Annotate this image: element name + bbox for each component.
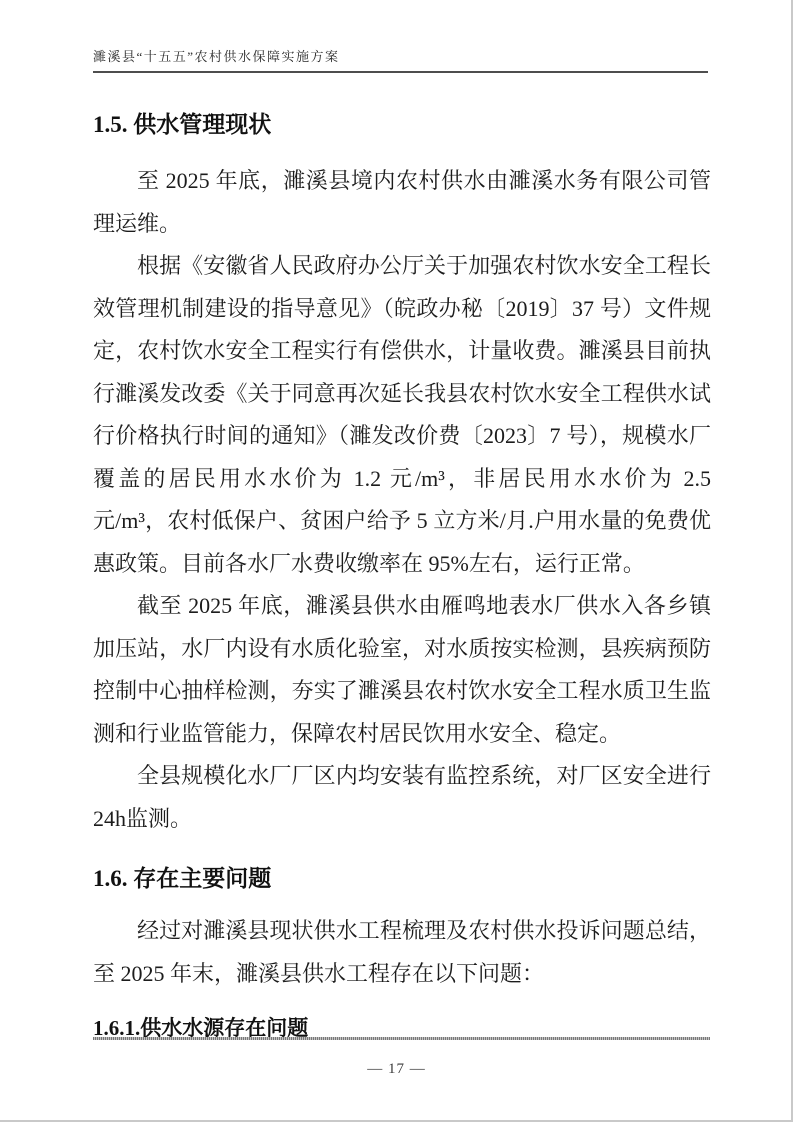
paragraph-problem-summary: 经过对濉溪县现状供水工程梳理及农村供水投诉问题总结，至 2025 年末，濉溪县供… [93,910,711,995]
document-page: 濉溪县“十五五”农村供水保障实施方案 1.5. 供水管理现状 至 2025 年底… [0,0,793,1122]
running-header-title: 濉溪县“十五五”农村供水保障实施方案 [93,46,708,71]
footer-rule [93,1037,710,1040]
running-header: 濉溪县“十五五”农村供水保障实施方案 [93,46,708,73]
paragraph-pricing-policy: 根据《安徽省人民政府办公厅关于加强农村饮水安全工程长效管理机制建设的指导意见》（… [93,245,711,585]
paragraph-management-operator: 至 2025 年底，濉溪县境内农村供水由濉溪水务有限公司管理运维。 [93,160,711,245]
document-content: 1.5. 供水管理现状 至 2025 年底，濉溪县境内农村供水由濉溪水务有限公司… [93,98,711,1043]
section-heading-1-5: 1.5. 供水管理现状 [93,108,711,142]
section-heading-1-6: 1.6. 存在主要问题 [93,862,711,896]
paragraph-surveillance-system: 全县规模化水厂厂区内均安装有监控系统，对厂区安全进行 24h监测。 [93,755,711,840]
page-number: — 17 — [0,1061,793,1078]
paragraph-water-quality-monitoring: 截至 2025 年底，濉溪县供水由雁鸣地表水厂供水入各乡镇加压站，水厂内设有水质… [93,585,711,755]
header-rule [93,71,708,73]
